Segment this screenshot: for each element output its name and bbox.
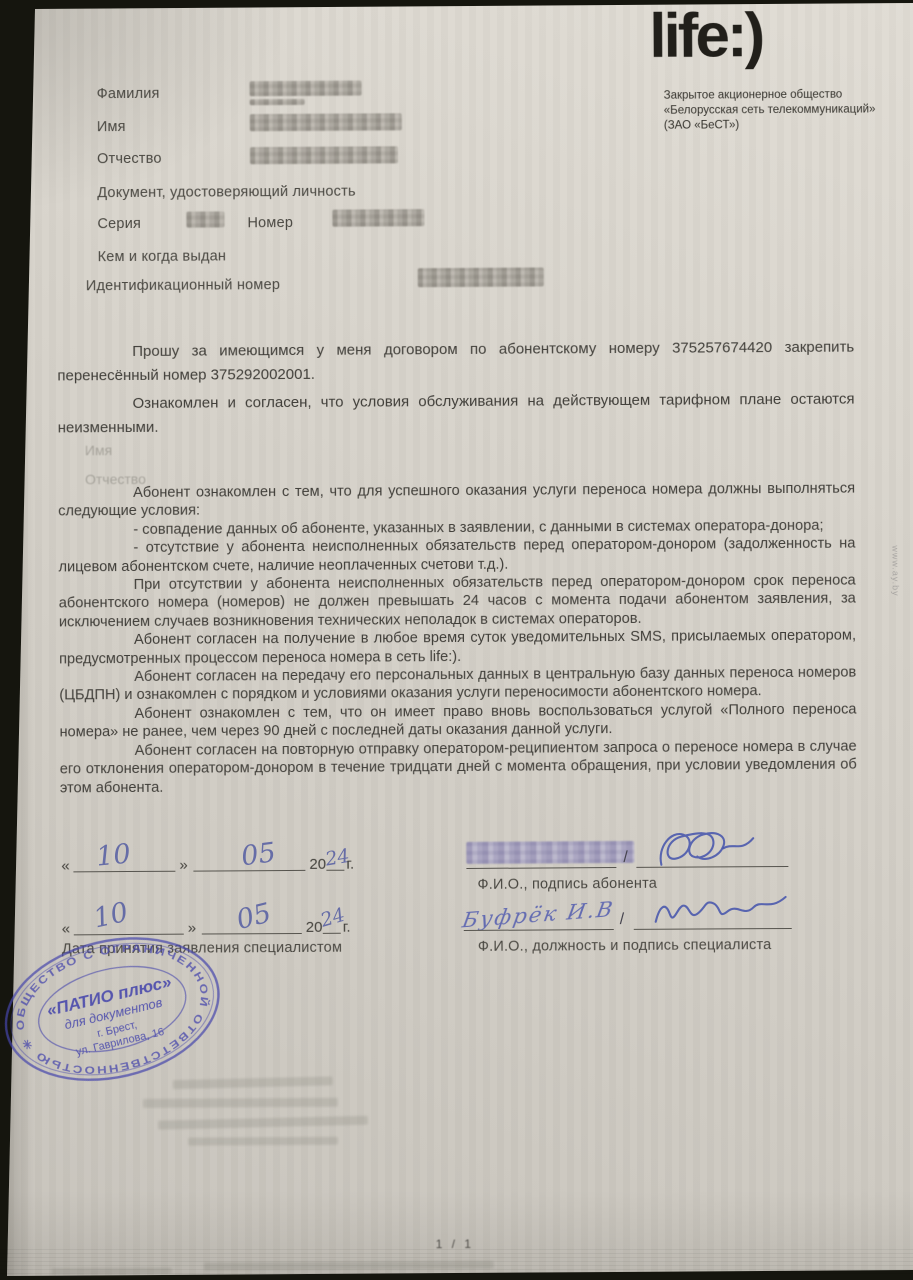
day-line-1 xyxy=(73,871,175,873)
ghost-bleedthrough-bar xyxy=(52,1268,172,1275)
series-value-redacted xyxy=(186,211,224,227)
document-content: life:) Закрытое акционерное общество «Бе… xyxy=(0,0,913,1280)
paragraph: Ознакомлен и согласен, что условия обслу… xyxy=(57,388,854,441)
quote-close: » xyxy=(179,857,187,874)
year-line-2 xyxy=(323,933,341,934)
slash-separator: / xyxy=(623,849,628,867)
page-number: 1 / 1 xyxy=(436,1237,474,1251)
subscriber-name-redacted xyxy=(466,841,634,864)
paragraph: Абонент ознакомлен с тем, что для успешн… xyxy=(58,480,855,522)
company-line-1: Закрытое акционерное общество xyxy=(664,87,904,103)
year-suffix-1: г. xyxy=(346,856,354,873)
subscriber-signature xyxy=(653,824,763,875)
scanned-document-photo: life:) Закрытое акционерное общество «Бе… xyxy=(0,0,913,1280)
paragraph-gap xyxy=(58,436,855,485)
watermark-text: www.ay.by xyxy=(890,545,900,596)
slash-separator: / xyxy=(620,911,625,929)
life-logo: life:) xyxy=(649,0,762,72)
ghost-bleedthrough-bar xyxy=(204,1261,494,1271)
paragraph: Прошу за имеющимся у меня договором по а… xyxy=(57,336,854,389)
surname-value-redacted-line2 xyxy=(250,99,305,105)
ghost-bleedthrough-text: Имя xyxy=(85,442,112,458)
ghost-bleedthrough-bar xyxy=(143,1098,338,1108)
handwritten-day-1: 10 xyxy=(95,839,132,873)
company-line-3: (ЗАО «БеСТ») xyxy=(664,117,904,133)
handwritten-month-1: 05 xyxy=(239,837,277,872)
surname-value-redacted xyxy=(250,81,362,97)
number-label: Номер xyxy=(247,215,293,231)
specialist-name-line xyxy=(464,929,614,931)
firstname-label: Имя xyxy=(97,119,126,135)
number-value-redacted xyxy=(332,209,424,227)
id-number-value-redacted xyxy=(418,267,544,287)
subscriber-sign-label: Ф.И.О., подпись абонента xyxy=(477,876,657,893)
subscriber-name-line xyxy=(466,867,616,869)
surname-label: Фамилия xyxy=(97,86,160,102)
paragraph: Абонент согласен на передачу его персона… xyxy=(59,664,856,706)
paragraph: Абонент согласен на повторную отправку о… xyxy=(60,737,857,797)
specialist-signature xyxy=(652,891,792,932)
specialist-sign-label: Ф.И.О., должность и подпись специалиста xyxy=(478,937,772,955)
paragraph: Абонент согласен на получение в любое вр… xyxy=(59,627,856,669)
ghost-bleedthrough-bar xyxy=(173,1076,333,1089)
id-doc-label: Документ, удостоверяющий личность xyxy=(97,184,356,202)
ghost-bleedthrough-bar xyxy=(158,1116,368,1130)
handwritten-month-2: 05 xyxy=(233,897,274,936)
body-text: Прошу за имеющимся у меня договором по а… xyxy=(57,336,857,798)
patronymic-value-redacted xyxy=(250,146,398,164)
company-block: Закрытое акционерное общество «Белорусск… xyxy=(664,87,904,133)
year-prefix-2: 20 xyxy=(306,919,323,936)
firstname-value-redacted xyxy=(250,113,402,131)
issued-label: Кем и когда выдан xyxy=(98,248,227,265)
specialist-name-handwritten: Буфрёк И.В xyxy=(461,897,617,932)
series-label: Серия xyxy=(97,216,141,232)
year-prefix-1: 20 xyxy=(309,856,326,873)
id-number-label: Идентификационный номер xyxy=(86,277,280,294)
ghost-bleedthrough-text: Отчество xyxy=(85,471,146,487)
paragraph: - отсутствие у абонента неисполненных об… xyxy=(58,535,855,577)
quote-open: « xyxy=(61,857,69,874)
company-line-2: «Белорусская сеть телекоммуникаций» xyxy=(664,102,904,118)
patronymic-label: Отчество xyxy=(97,151,162,167)
paragraph: Абонент ознакомлен с тем, что он имеет п… xyxy=(59,700,856,742)
year-suffix-2: г. xyxy=(343,919,351,936)
paragraph: При отсутствии у абонента неисполненных … xyxy=(59,572,856,632)
ghost-bleedthrough-bar xyxy=(188,1137,338,1146)
quote-open: « xyxy=(62,920,70,937)
